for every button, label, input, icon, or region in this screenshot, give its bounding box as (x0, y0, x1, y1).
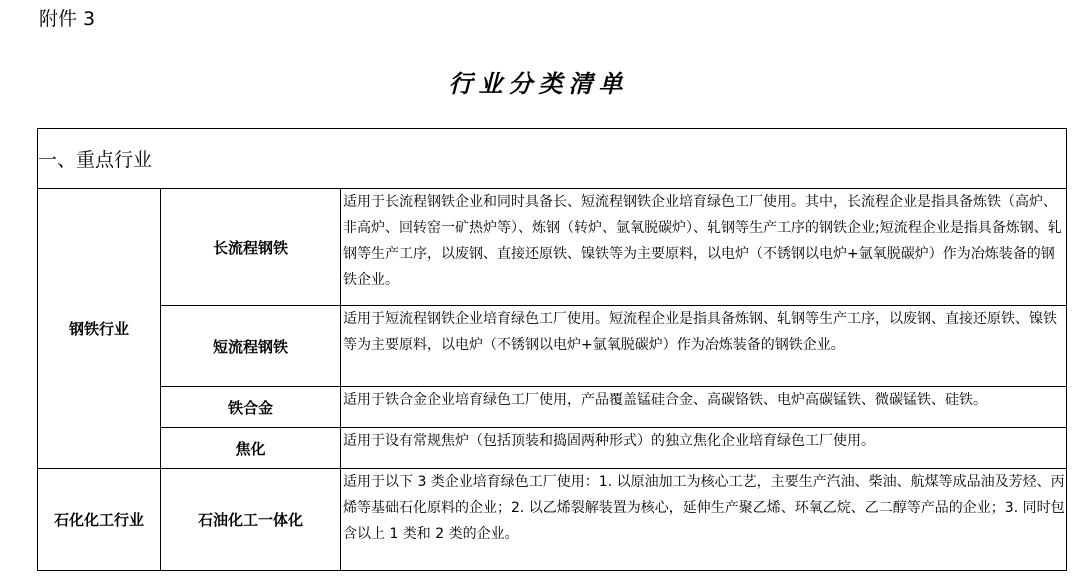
description-cell: 适用于长流程钢铁企业和同时具备长、短流程钢铁企业培育绿色工厂使用。其中，长流程企… (341, 189, 1067, 306)
subcategory-cell: 短流程钢铁 (161, 306, 341, 387)
subcategory-cell: 铁合金 (161, 387, 341, 428)
document-title: 行业分类清单 (0, 64, 1077, 99)
section-heading: 一、重点行业 (38, 129, 1067, 189)
table-row: 铁合金 适用于铁合金企业培育绿色工厂使用，产品覆盖锰硅合金、高碳铬铁、电炉高碳锰… (38, 387, 1067, 428)
table-row: 焦化 适用于设有常规焦炉（包括顶装和捣固两种形式）的独立焦化企业培育绿色工厂使用… (38, 428, 1067, 469)
attachment-label: 附件 3 (39, 4, 95, 31)
description-cell: 适用于短流程钢铁企业培育绿色工厂使用。短流程企业是指具备炼钢、轧钢等生产工序，以… (341, 306, 1067, 387)
industry-classification-table: 一、重点行业 钢铁行业 长流程钢铁 适用于长流程钢铁企业和同时具备长、短流程钢铁… (37, 128, 1067, 571)
description-cell: 适用于铁合金企业培育绿色工厂使用，产品覆盖锰硅合金、高碳铬铁、电炉高碳锰铁、微碳… (341, 387, 1067, 428)
description-cell: 适用于以下 3 类企业培育绿色工厂使用：1. 以原油加工为核心工艺，主要生产汽油… (341, 469, 1067, 571)
description-cell: 适用于设有常规焦炉（包括顶装和捣固两种形式）的独立焦化企业培育绿色工厂使用。 (341, 428, 1067, 469)
category-cell-steel: 钢铁行业 (38, 189, 161, 469)
table-row: 短流程钢铁 适用于短流程钢铁企业培育绿色工厂使用。短流程企业是指具备炼钢、轧钢等… (38, 306, 1067, 387)
subcategory-cell: 焦化 (161, 428, 341, 469)
subcategory-cell: 长流程钢铁 (161, 189, 341, 306)
table-row: 钢铁行业 长流程钢铁 适用于长流程钢铁企业和同时具备长、短流程钢铁企业培育绿色工… (38, 189, 1067, 306)
subcategory-cell: 石油化工一体化 (161, 469, 341, 571)
category-cell-petrochemical: 石化化工行业 (38, 469, 161, 571)
section-header-row: 一、重点行业 (38, 129, 1067, 189)
table-row: 石化化工行业 石油化工一体化 适用于以下 3 类企业培育绿色工厂使用：1. 以原… (38, 469, 1067, 571)
